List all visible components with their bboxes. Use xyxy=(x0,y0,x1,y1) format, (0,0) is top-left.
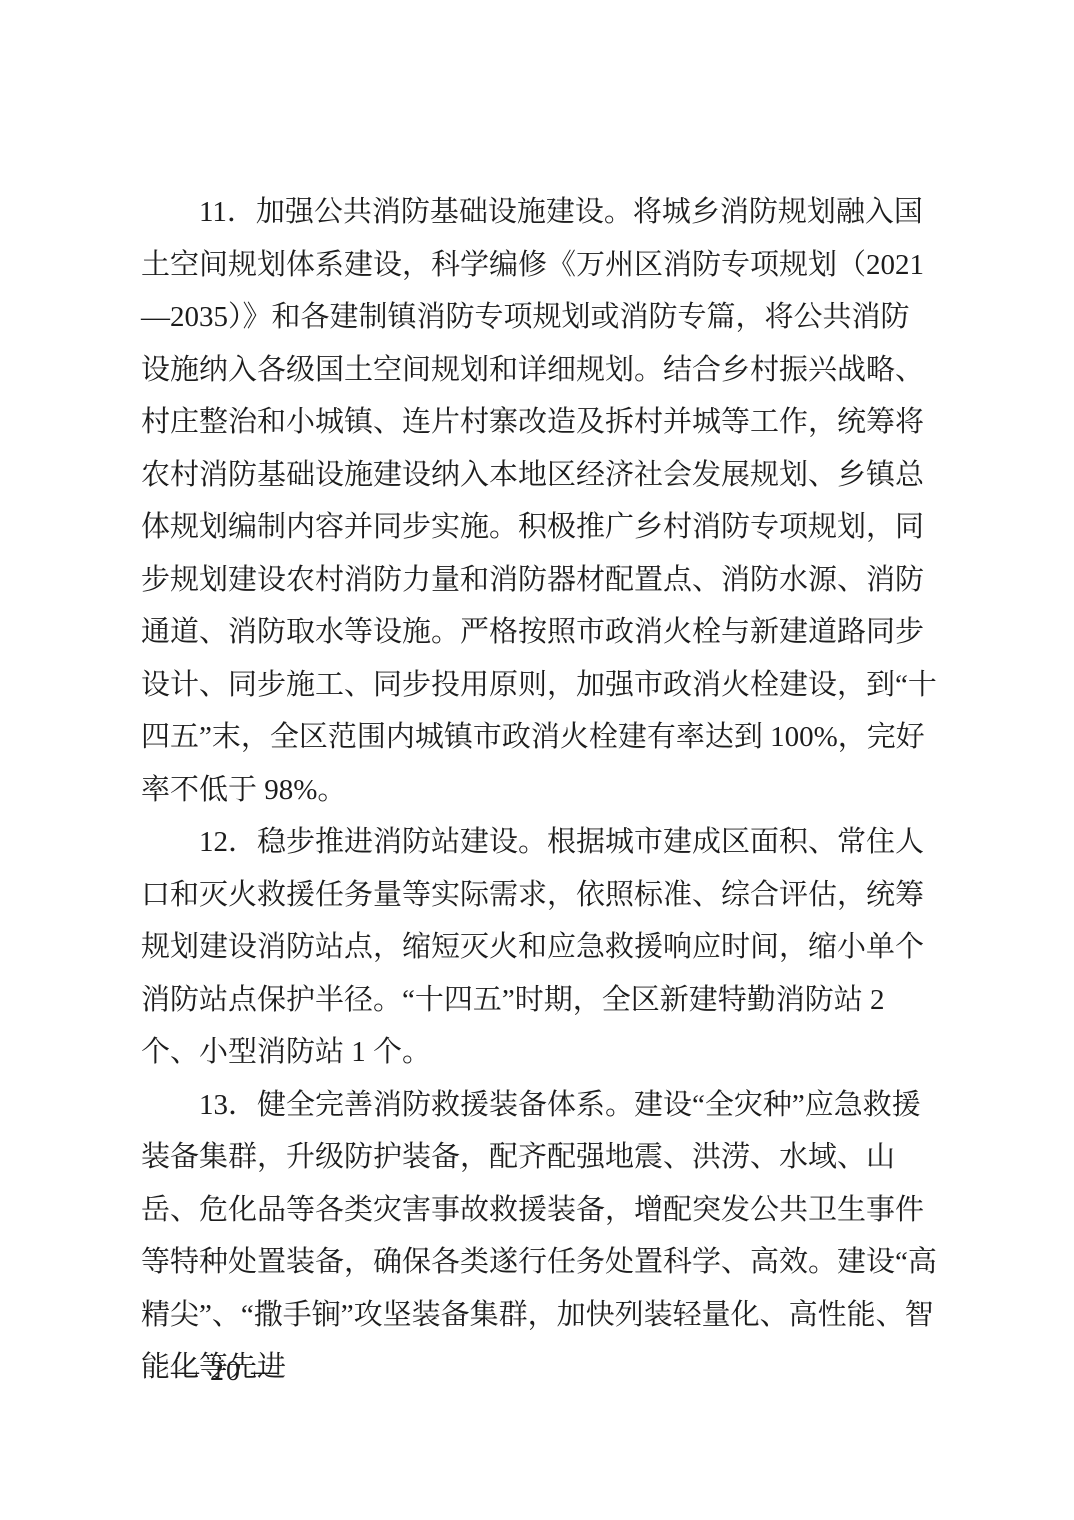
document-page: 11．加强公共消防基础设施建设。将城乡消防规划融入国土空间规划体系建设，科学编修… xyxy=(0,0,1074,1520)
page-number: — 20 — xyxy=(171,1354,281,1390)
paragraph-11-fire-infrastructure: 11．加强公共消防基础设施建设。将城乡消防规划融入国土空间规划体系建设，科学编修… xyxy=(141,186,938,816)
document-body: 11．加强公共消防基础设施建设。将城乡消防规划融入国土空间规划体系建设，科学编修… xyxy=(141,186,938,1394)
paragraph-13-rescue-equipment-system: 13．健全完善消防救援装备体系。建设“全灾种”应急救援装备集群，升级防护装备，配… xyxy=(141,1079,938,1394)
paragraph-12-fire-station-construction: 12．稳步推进消防站建设。根据城市建成区面积、常住人口和灭火救援任务量等实际需求… xyxy=(141,816,938,1079)
